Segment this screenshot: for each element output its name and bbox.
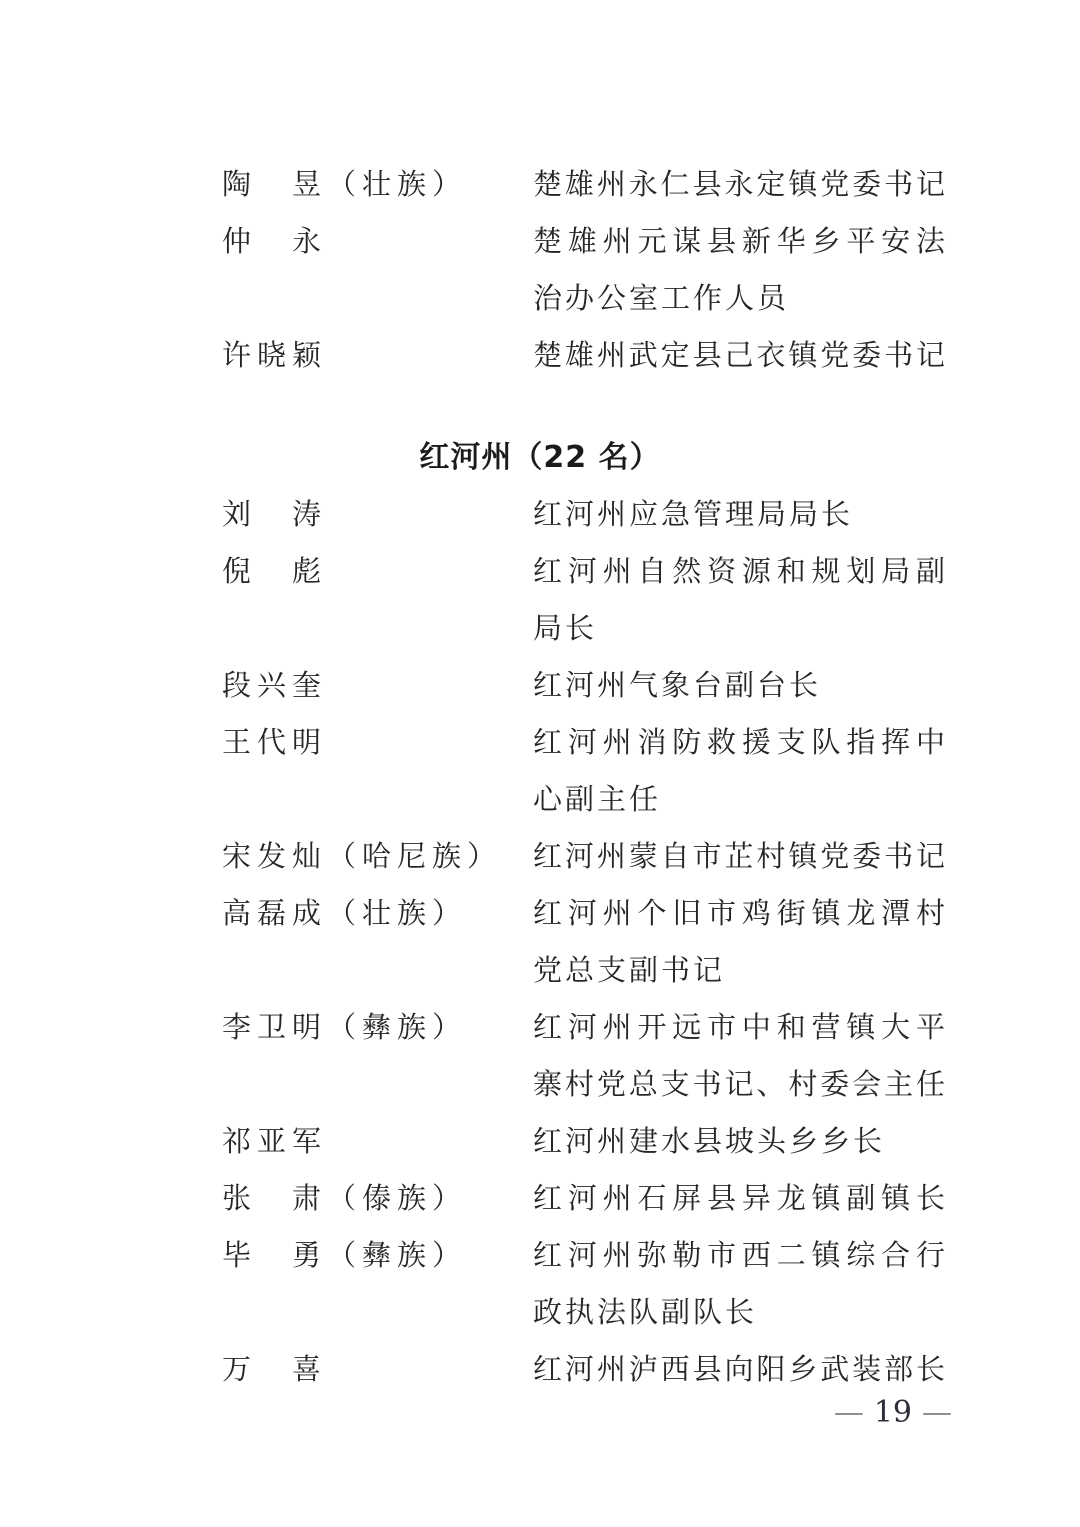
roster-entry: 毕 勇（彝族） 红河州弥勒市西二镇综合行政执法队副队长 [0,1227,1080,1341]
person-position: 红河州自然资源和规划局副局长 [533,543,945,657]
document-page: 陶 昱（壮族） 楚雄州永仁县永定镇党委书记 仲 永 楚雄州元谋县新华乡平安法治办… [0,0,1080,1527]
position-line: 红河州消防救援支队指挥中 [533,714,945,771]
section-entries: 刘 涛 红河州应急管理局局长 倪 彪 红河州自然资源和规划局副局长 段兴奎 红河… [0,486,1080,1398]
person-ethnicity: （傣族） [327,1181,467,1215]
page-number: 19 [874,1395,912,1430]
person-position: 红河州蒙自市芷村镇党委书记 [533,828,945,885]
person-ethnicity: （哈尼族） [327,839,502,873]
person-position: 楚雄州永仁县永定镇党委书记 [533,156,945,213]
position-line: 红河州弥勒市西二镇综合行 [533,1227,945,1284]
person-position: 红河州泸西县向阳乡武装部长 [533,1341,945,1398]
roster-entry: 仲 永 楚雄州元谋县新华乡平安法治办公室工作人员 [0,213,1080,327]
person-name-text: 倪 彪 [222,554,327,588]
person-name-text: 刘 涛 [222,497,327,531]
roster-entry: 宋发灿（哈尼族） 红河州蒙自市芷村镇党委书记 [0,828,1080,885]
roster-entry: 段兴奎 红河州气象台副台长 [0,657,1080,714]
person-position: 红河州石屏县异龙镇副镇长 [533,1170,945,1227]
roster-entry: 李卫明（彝族） 红河州开远市中和营镇大平寨村党总支书记、村委会主任 [0,999,1080,1113]
position-line: 心副主任 [533,771,945,828]
roster-entry: 许晓颖 楚雄州武定县己衣镇党委书记 [0,327,1080,384]
person-position: 红河州建水县坡头乡乡长 [533,1113,945,1170]
roster-entry: 张 肃（傣族） 红河州石屏县异龙镇副镇长 [0,1170,1080,1227]
roster-entry: 王代明 红河州消防救援支队指挥中心副主任 [0,714,1080,828]
person-name-text: 张 肃 [222,1181,327,1215]
person-name: 张 肃（傣族） [222,1170,533,1227]
position-line: 局长 [533,600,945,657]
person-ethnicity: （壮族） [327,167,467,201]
person-name: 李卫明（彝族） [222,999,533,1113]
roster-entry: 刘 涛 红河州应急管理局局长 [0,486,1080,543]
person-name: 陶 昱（壮族） [222,156,533,213]
position-line: 楚雄州元谋县新华乡平安法 [533,213,945,270]
person-name: 仲 永 [222,213,533,327]
position-line: 红河州开远市中和营镇大平 [533,999,945,1056]
roster-section: 红河州（22 名） 刘 涛 红河州应急管理局局长 倪 彪 红河州自然资源和规划局… [0,429,1080,1398]
section-entries: 陶 昱（壮族） 楚雄州永仁县永定镇党委书记 仲 永 楚雄州元谋县新华乡平安法治办… [0,156,1080,384]
person-position: 红河州弥勒市西二镇综合行政执法队副队长 [533,1227,945,1341]
position-line: 政执法队副队长 [533,1284,945,1341]
person-name-text: 许晓颖 [222,338,327,372]
person-name: 万 喜 [222,1341,533,1398]
position-line: 红河州蒙自市芷村镇党委书记 [533,828,945,885]
person-name: 毕 勇（彝族） [222,1227,533,1341]
roster-section: 陶 昱（壮族） 楚雄州永仁县永定镇党委书记 仲 永 楚雄州元谋县新华乡平安法治办… [0,156,1080,384]
position-line: 党总支副书记 [533,942,945,999]
person-name-text: 王代明 [222,725,327,759]
roster-entry: 万 喜 红河州泸西县向阳乡武装部长 [0,1341,1080,1398]
person-name-text: 宋发灿 [222,839,327,873]
person-name: 祁亚军 [222,1113,533,1170]
roster-entry: 高磊成（壮族） 红河州个旧市鸡街镇龙潭村党总支副书记 [0,885,1080,999]
person-name-text: 毕 勇 [222,1238,327,1272]
person-name-text: 段兴奎 [222,668,327,702]
roster-entry: 陶 昱（壮族） 楚雄州永仁县永定镇党委书记 [0,156,1080,213]
roster-content: 陶 昱（壮族） 楚雄州永仁县永定镇党委书记 仲 永 楚雄州元谋县新华乡平安法治办… [0,0,1080,1398]
person-name: 倪 彪 [222,543,533,657]
person-name: 王代明 [222,714,533,828]
page-footer: —19— [834,1396,952,1430]
person-position: 楚雄州武定县己衣镇党委书记 [533,327,945,384]
person-position: 红河州气象台副台长 [533,657,945,714]
person-name-text: 万 喜 [222,1352,327,1386]
position-line: 楚雄州武定县己衣镇党委书记 [533,327,945,384]
person-ethnicity: （彝族） [327,1010,467,1044]
roster-entry: 祁亚军 红河州建水县坡头乡乡长 [0,1113,1080,1170]
person-name: 刘 涛 [222,486,533,543]
position-line: 红河州泸西县向阳乡武装部长 [533,1341,945,1398]
person-ethnicity: （彝族） [327,1238,467,1272]
section-header: 红河州（22 名） [0,429,1080,486]
roster-entry: 倪 彪 红河州自然资源和规划局副局长 [0,543,1080,657]
person-ethnicity: （壮族） [327,896,467,930]
person-position: 红河州开远市中和营镇大平寨村党总支书记、村委会主任 [533,999,945,1113]
position-line: 红河州石屏县异龙镇副镇长 [533,1170,945,1227]
position-line: 红河州建水县坡头乡乡长 [533,1113,945,1170]
position-line: 治办公室工作人员 [533,270,945,327]
page-number-dash-right: — [922,1395,952,1430]
person-name: 许晓颖 [222,327,533,384]
position-line: 红河州应急管理局局长 [533,486,945,543]
position-line: 红河州自然资源和规划局副 [533,543,945,600]
person-position: 红河州消防救援支队指挥中心副主任 [533,714,945,828]
person-position: 楚雄州元谋县新华乡平安法治办公室工作人员 [533,213,945,327]
position-line: 寨村党总支书记、村委会主任 [533,1056,945,1113]
person-name-text: 仲 永 [222,224,327,258]
person-name: 宋发灿（哈尼族） [222,828,533,885]
person-name-text: 高磊成 [222,896,327,930]
person-name: 段兴奎 [222,657,533,714]
person-name-text: 祁亚军 [222,1124,327,1158]
person-name: 高磊成（壮族） [222,885,533,999]
position-line: 楚雄州永仁县永定镇党委书记 [533,156,945,213]
page-number-dash-left: — [834,1395,864,1430]
position-line: 红河州个旧市鸡街镇龙潭村 [533,885,945,942]
person-position: 红河州应急管理局局长 [533,486,945,543]
position-line: 红河州气象台副台长 [533,657,945,714]
person-name-text: 陶 昱 [222,167,327,201]
person-position: 红河州个旧市鸡街镇龙潭村党总支副书记 [533,885,945,999]
person-name-text: 李卫明 [222,1010,327,1044]
